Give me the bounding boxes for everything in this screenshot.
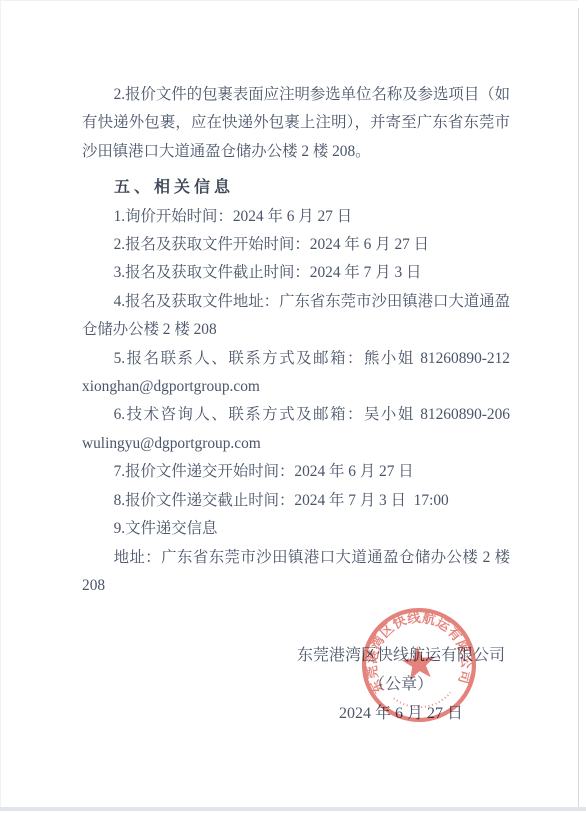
info-item-tech-contact: 6.技术咨询人、联系方式及邮箱：吴小姐 81260890-206 wulingy…: [82, 401, 510, 458]
info-item-submit-deadline: 8.报价文件递交截止时间：2024 年 7 月 3 日 17:00: [82, 487, 510, 515]
paragraph-package-instructions: 2.报价文件的包裹表面应注明参选单位名称及参选项目（如有快递外包裹，应在快递外包…: [82, 81, 510, 166]
section-heading-related-info: 五、相关信息: [82, 174, 510, 202]
document-page: 2.报价文件的包裹表面应注明参选单位名称及参选项目（如有快递外包裹，应在快递外包…: [0, 0, 586, 813]
page-edge-bottom: [0, 807, 586, 811]
seal-note: （公章）: [290, 670, 512, 699]
page-edge-left: [0, 0, 1, 808]
info-item-submit-start: 7.报价文件递交开始时间：2024 年 6 月 27 日: [82, 458, 510, 486]
info-item-signup-address: 4.报名及获取文件地址：广东省东莞市沙田镇港口大道通盈仓储办公楼 2 楼 208: [82, 288, 510, 345]
signature-block: 东莞港湾区快线航运有限公司 （公章） 2024 年 6 月 27 日: [290, 641, 512, 728]
info-item-submit-address: 地址：广东省东莞市沙田镇港口大道通盈仓储办公楼 2 楼 208: [82, 544, 510, 601]
info-item-submit-info: 9.文件递交信息: [82, 515, 510, 543]
signature-date: 2024 年 6 月 27 日: [290, 699, 512, 728]
page-edge-top: [0, 0, 578, 1]
document-content: 2.报价文件的包裹表面应注明参选单位名称及参选项目（如有快递外包裹，应在快递外包…: [82, 81, 510, 600]
info-item-signup-start: 2.报名及获取文件开始时间：2024 年 6 月 27 日: [82, 231, 510, 259]
info-item-signup-deadline: 3.报名及获取文件截止时间：2024 年 7 月 3 日: [82, 259, 510, 287]
page-edge-right: [578, 8, 579, 809]
info-item-signup-contact: 5.报名联系人、联系方式及邮箱：熊小姐 81260890-212 xiongha…: [82, 345, 510, 402]
company-name: 东莞港湾区快线航运有限公司: [290, 641, 512, 670]
info-item-inquiry-start: 1.询价开始时间：2024 年 6 月 27 日: [82, 203, 510, 231]
